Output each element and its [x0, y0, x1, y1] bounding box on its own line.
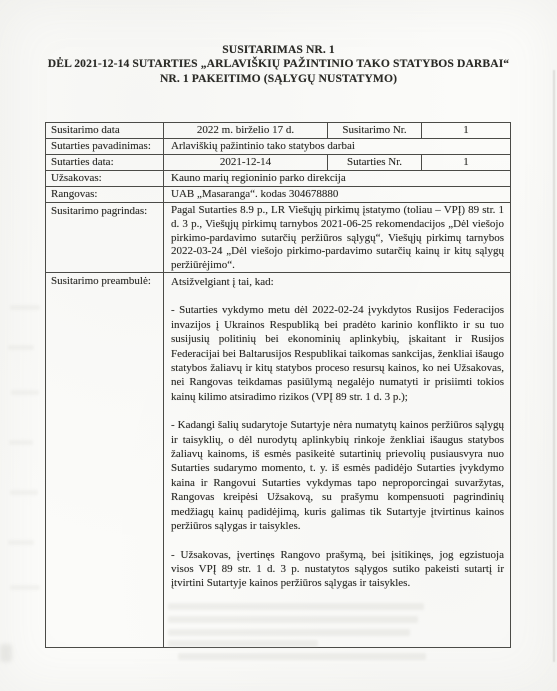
preamble-paragraph-3: - Užsakovas, įvertinęs Rangovo prašymą, … [171, 548, 504, 591]
table-row-sutarties-pavadinimas: Sutarties pavadinimas: Arlaviškių pažint… [46, 139, 510, 155]
preamble-content: Atsižvelgiant į tai, kad: - Sutarties vy… [164, 273, 510, 647]
table-row-pagrindas: Susitarimo pagrindas: Pagal Sutarties 8.… [46, 203, 510, 273]
row-label: Susitarimo pagrindas: [46, 203, 164, 272]
scan-smudge-artifact [0, 644, 12, 662]
title-line-2: DĖL 2021-12-14 SUTARTIES „ARLAVIŠKIŲ PAŽ… [0, 57, 557, 71]
agreement-basis: Pagal Sutarties 8.9 p., LR Viešųjų pirki… [164, 203, 510, 272]
row-label: Užsakovas: [46, 171, 164, 186]
agreement-nr-value: 1 [422, 123, 510, 138]
preamble-paragraph-2: - Kadangi šalių sudarytoje Sutartyje nėr… [171, 418, 504, 533]
agreement-date: 2022 m. birželio 17 d. [164, 123, 328, 138]
document-page: SUSITARIMAS NR. 1 DĖL 2021-12-14 SUTARTI… [0, 0, 557, 691]
title-line-1: SUSITARIMAS NR. 1 [0, 43, 557, 57]
preamble-intro: Atsižvelgiant į tai, kad: [171, 275, 504, 289]
row-label: Susitarimo preambulė: [46, 273, 164, 647]
contract-nr-value: 1 [422, 155, 510, 170]
bleedthrough-artifact [178, 653, 426, 660]
bleedthrough-artifact [8, 345, 34, 350]
contract-title: Arlaviškių pažintinio tako statybos darb… [164, 139, 510, 154]
table-row-sutarties-data: Sutarties data: 2021-12-14 Sutarties Nr.… [46, 155, 510, 171]
bleedthrough-artifact [10, 585, 40, 590]
client-name: Kauno marių regioninio parko direkcija [164, 171, 510, 186]
bleedthrough-artifact [168, 616, 418, 623]
preamble-paragraph-1: - Sutarties vykdymo metu dėl 2022-02-24 … [171, 303, 504, 404]
contract-nr-label: Sutarties Nr. [328, 155, 422, 170]
document-title: SUSITARIMAS NR. 1 DĖL 2021-12-14 SUTARTI… [0, 43, 557, 86]
row-label: Sutarties data: [46, 155, 164, 170]
bleedthrough-artifact [168, 640, 318, 647]
row-label: Rangovas: [46, 187, 164, 202]
row-label: Susitarimo data [46, 123, 164, 138]
row-label: Sutarties pavadinimas: [46, 139, 164, 154]
table-row-uzsakovas: Užsakovas: Kauno marių regioninio parko … [46, 171, 510, 187]
contractor-name: UAB „Masaranga“. kodas 304678880 [164, 187, 510, 202]
table-row-rangovas: Rangovas: UAB „Masaranga“. kodas 3046788… [46, 187, 510, 203]
bleedthrough-artifact [9, 440, 33, 445]
bleedthrough-artifact [168, 629, 410, 636]
agreement-table: Susitarimo data 2022 m. birželio 17 d. S… [45, 122, 511, 648]
bleedthrough-artifact [8, 540, 34, 545]
scan-edge-artifact [553, 70, 555, 662]
contract-date: 2021-12-14 [164, 155, 328, 170]
agreement-nr-label: Susitarimo Nr. [328, 123, 422, 138]
bleedthrough-artifact [11, 390, 39, 395]
bleedthrough-artifact [168, 603, 424, 610]
title-line-3: NR. 1 PAKEITIMO (SĄLYGŲ NUSTATYMO) [0, 72, 557, 86]
bleedthrough-artifact [10, 305, 40, 310]
table-row-susitarimo-data: Susitarimo data 2022 m. birželio 17 d. S… [46, 123, 510, 139]
table-row-preambule: Susitarimo preambulė: Atsižvelgiant į ta… [46, 273, 510, 647]
bleedthrough-artifact [10, 490, 38, 495]
